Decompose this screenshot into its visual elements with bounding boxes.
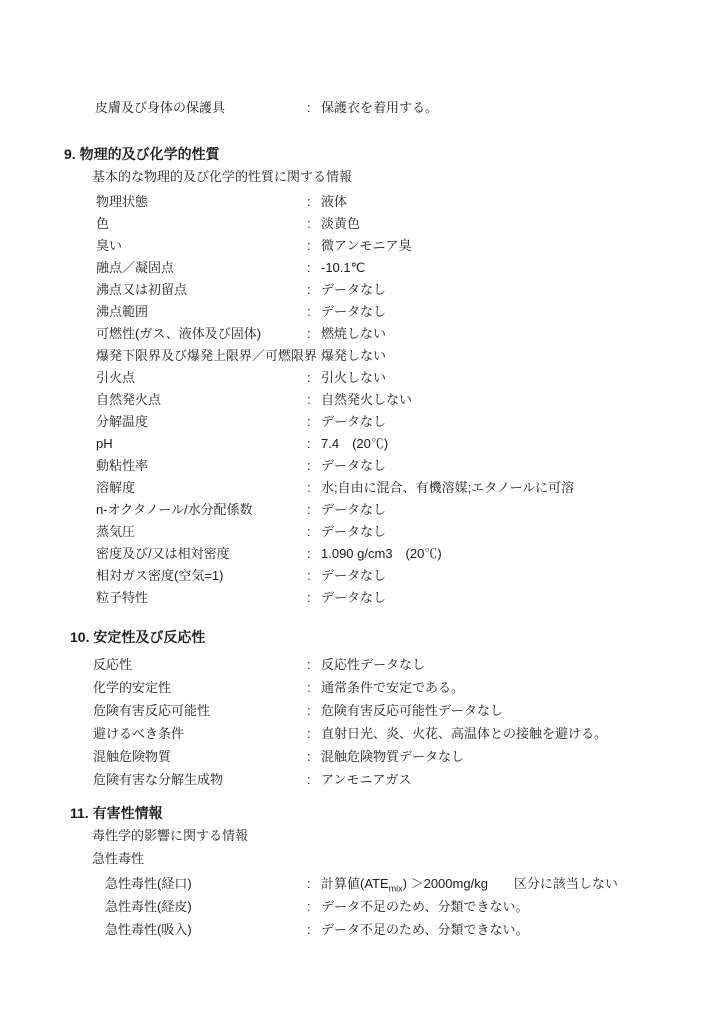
colon-separator: : (307, 653, 321, 676)
colon-separator: : (307, 345, 321, 367)
colon-separator: : (307, 676, 321, 699)
colon-separator: : (307, 745, 321, 768)
property-label: 密度及び/又は相対密度 (96, 543, 307, 565)
property-value: データなし (321, 301, 386, 323)
property-row: 分解温度 : データなし (0, 411, 723, 433)
property-value: データなし (321, 455, 386, 477)
property-label: pH (96, 433, 307, 455)
property-label: 沸点又は初留点 (96, 279, 307, 301)
property-value: 淡黄色 (321, 213, 360, 235)
property-label: 皮膚及び身体の保護具 (95, 97, 307, 119)
colon-separator: : (307, 521, 321, 543)
property-value: 水;自由に混合、有機溶媒;エタノールに可溶 (321, 477, 574, 499)
colon-separator: : (307, 565, 321, 587)
property-value: データなし (321, 499, 386, 521)
property-label: 引火点 (96, 367, 307, 389)
property-value: 自然発火しない (321, 389, 412, 411)
colon-separator: : (307, 301, 321, 323)
property-row: 爆発下限界及び爆発上限界／可燃限界 : 爆発しない (0, 345, 723, 367)
property-value: 保護衣を着用する。 (321, 97, 438, 119)
colon-separator: : (307, 477, 321, 499)
colon-separator: : (307, 367, 321, 389)
property-label: 物理状態 (96, 191, 307, 213)
colon-separator: : (307, 97, 321, 119)
property-value: 通常条件で安定である。 (321, 676, 464, 699)
property-value: 7.4 (20℃) (321, 433, 388, 455)
property-row: 危険有害な分解生成物 : アンモニアガス (0, 768, 723, 791)
property-value: 反応性データなし (321, 653, 425, 676)
property-label: 相対ガス密度(空気=1) (96, 565, 307, 587)
colon-separator: : (307, 213, 321, 235)
property-value: 引火しない (321, 367, 386, 389)
property-value: データなし (321, 565, 386, 587)
property-label: 急性毒性(吸入) (105, 918, 307, 941)
section-11-heading: 11. 有害性情報 (70, 804, 723, 822)
property-label: 急性毒性(経皮) (105, 895, 307, 918)
colon-separator: : (307, 699, 321, 722)
property-value: 混触危険物質データなし (321, 745, 464, 768)
property-row: 動粘性率 : データなし (0, 455, 723, 477)
property-value: データ不足のため、分類できない。 (321, 918, 528, 941)
property-value: 直射日光、炎、火花、高温体との接触を避ける。 (321, 722, 607, 745)
property-label: 分解温度 (96, 411, 307, 433)
property-row: 化学的安定性 : 通常条件で安定である。 (0, 676, 723, 699)
property-value: データなし (321, 521, 386, 543)
skin-body-protection-row: 皮膚及び身体の保護具 : 保護衣を着用する。 (0, 97, 723, 119)
property-label: 臭い (96, 235, 307, 257)
property-row: 蒸気圧 : データなし (0, 521, 723, 543)
ate-value-prefix: 計算値(ATE (321, 876, 389, 891)
property-row: pH : 7.4 (20℃) (0, 433, 723, 455)
property-label: 融点／凝固点 (96, 257, 307, 279)
property-row: 急性毒性(経口) : 計算値(ATEmix) ＞2000mg/kg 区分に該当し… (0, 872, 723, 895)
colon-separator: : (307, 257, 321, 279)
property-label: 爆発下限界及び爆発上限界／可燃限界 (96, 345, 307, 367)
property-value: データ不足のため、分類できない。 (321, 895, 528, 918)
property-row: 急性毒性(吸入) : データ不足のため、分類できない。 (0, 918, 723, 941)
property-value: 微アンモニア臭 (321, 235, 411, 257)
property-row: 沸点範囲 : データなし (0, 301, 723, 323)
property-label: 反応性 (93, 653, 307, 676)
property-value: データなし (321, 279, 386, 301)
colon-separator: : (307, 323, 321, 345)
property-label: 色 (96, 213, 307, 235)
sds-document-page: 皮膚及び身体の保護具 : 保護衣を着用する。 9. 物理的及び化学的性質 基本的… (0, 0, 723, 1024)
colon-separator: : (307, 895, 321, 918)
property-row: 混触危険物質 : 混触危険物質データなし (0, 745, 723, 768)
property-row: 引火点 : 引火しない (0, 367, 723, 389)
property-row: 臭い : 微アンモニア臭 (0, 235, 723, 257)
colon-separator: : (307, 918, 321, 941)
property-row: 色 : 淡黄色 (0, 213, 723, 235)
property-value: 危険有害反応可能性データなし (321, 699, 503, 722)
property-value: データなし (321, 411, 386, 433)
section-11-subheading: 毒性学的影響に関する情報 (92, 827, 723, 845)
property-row: 自然発火点 : 自然発火しない (0, 389, 723, 411)
property-label: 避けるべき条件 (93, 722, 307, 745)
colon-separator: : (307, 872, 321, 895)
property-row: 相対ガス密度(空気=1) : データなし (0, 565, 723, 587)
property-value: 燃焼しない (321, 323, 386, 345)
section-11-acute-toxicity-rows: 急性毒性(経口) : 計算値(ATEmix) ＞2000mg/kg 区分に該当し… (0, 872, 723, 941)
property-label: 沸点範囲 (96, 301, 307, 323)
colon-separator: : (307, 191, 321, 213)
property-row: 物理状態 : 液体 (0, 191, 723, 213)
property-row: 避けるべき条件 : 直射日光、炎、火花、高温体との接触を避ける。 (0, 722, 723, 745)
property-label: 粒子特性 (96, 587, 307, 609)
colon-separator: : (307, 499, 321, 521)
property-value: 1.090 g/cm3 (20℃) (321, 543, 442, 565)
property-label: 混触危険物質 (93, 745, 307, 768)
property-row: 溶解度 : 水;自由に混合、有機溶媒;エタノールに可溶 (0, 477, 723, 499)
property-row: 可燃性(ガス、液体及び固体) : 燃焼しない (0, 323, 723, 345)
property-row: 沸点又は初留点 : データなし (0, 279, 723, 301)
property-value: 液体 (321, 191, 347, 213)
colon-separator: : (307, 543, 321, 565)
colon-separator: : (307, 768, 321, 791)
colon-separator: : (307, 722, 321, 745)
section-9-properties: 物理状態 : 液体 色 : 淡黄色 臭い : 微アンモニア臭 融点／凝固点 : … (0, 191, 723, 609)
property-row: 融点／凝固点 : -10.1℃ (0, 257, 723, 279)
property-value: アンモニアガス (321, 768, 411, 791)
property-row: 粒子特性 : データなし (0, 587, 723, 609)
property-row: 危険有害反応可能性 : 危険有害反応可能性データなし (0, 699, 723, 722)
property-label: 動粘性率 (96, 455, 307, 477)
property-label: 急性毒性(経口) (105, 872, 307, 895)
colon-separator: : (307, 455, 321, 477)
colon-separator: : (307, 411, 321, 433)
colon-separator: : (307, 389, 321, 411)
property-row: 反応性 : 反応性データなし (0, 653, 723, 676)
section-9-heading: 9. 物理的及び化学的性質 (64, 145, 723, 163)
section-10-properties: 反応性 : 反応性データなし 化学的安定性 : 通常条件で安定である。 危険有害… (0, 653, 723, 791)
colon-separator: : (307, 235, 321, 257)
property-label: 危険有害な分解生成物 (93, 768, 307, 791)
property-label: 蒸気圧 (96, 521, 307, 543)
colon-separator: : (307, 587, 321, 609)
colon-separator: : (307, 433, 321, 455)
property-value: 爆発しない (321, 345, 386, 367)
ate-subscript: mix (389, 884, 403, 894)
property-label: 溶解度 (96, 477, 307, 499)
section-9-subheading: 基本的な物理的及び化学的性質に関する情報 (92, 168, 723, 186)
section-10-heading: 10. 安定性及び反応性 (70, 628, 723, 646)
property-row: n-オクタノール/水分配係数 : データなし (0, 499, 723, 521)
property-row: 密度及び/又は相対密度 : 1.090 g/cm3 (20℃) (0, 543, 723, 565)
property-value: データなし (321, 587, 386, 609)
colon-separator: : (307, 279, 321, 301)
ate-value-suffix: ) ＞2000mg/kg 区分に該当しない (403, 876, 618, 891)
property-label: 自然発火点 (96, 389, 307, 411)
property-label: 危険有害反応可能性 (93, 699, 307, 722)
property-label: n-オクタノール/水分配係数 (96, 499, 307, 521)
property-value: -10.1℃ (321, 257, 365, 279)
property-label: 化学的安定性 (93, 676, 307, 699)
property-label: 可燃性(ガス、液体及び固体) (96, 323, 307, 345)
acute-toxicity-group-label: 急性毒性 (92, 849, 723, 868)
